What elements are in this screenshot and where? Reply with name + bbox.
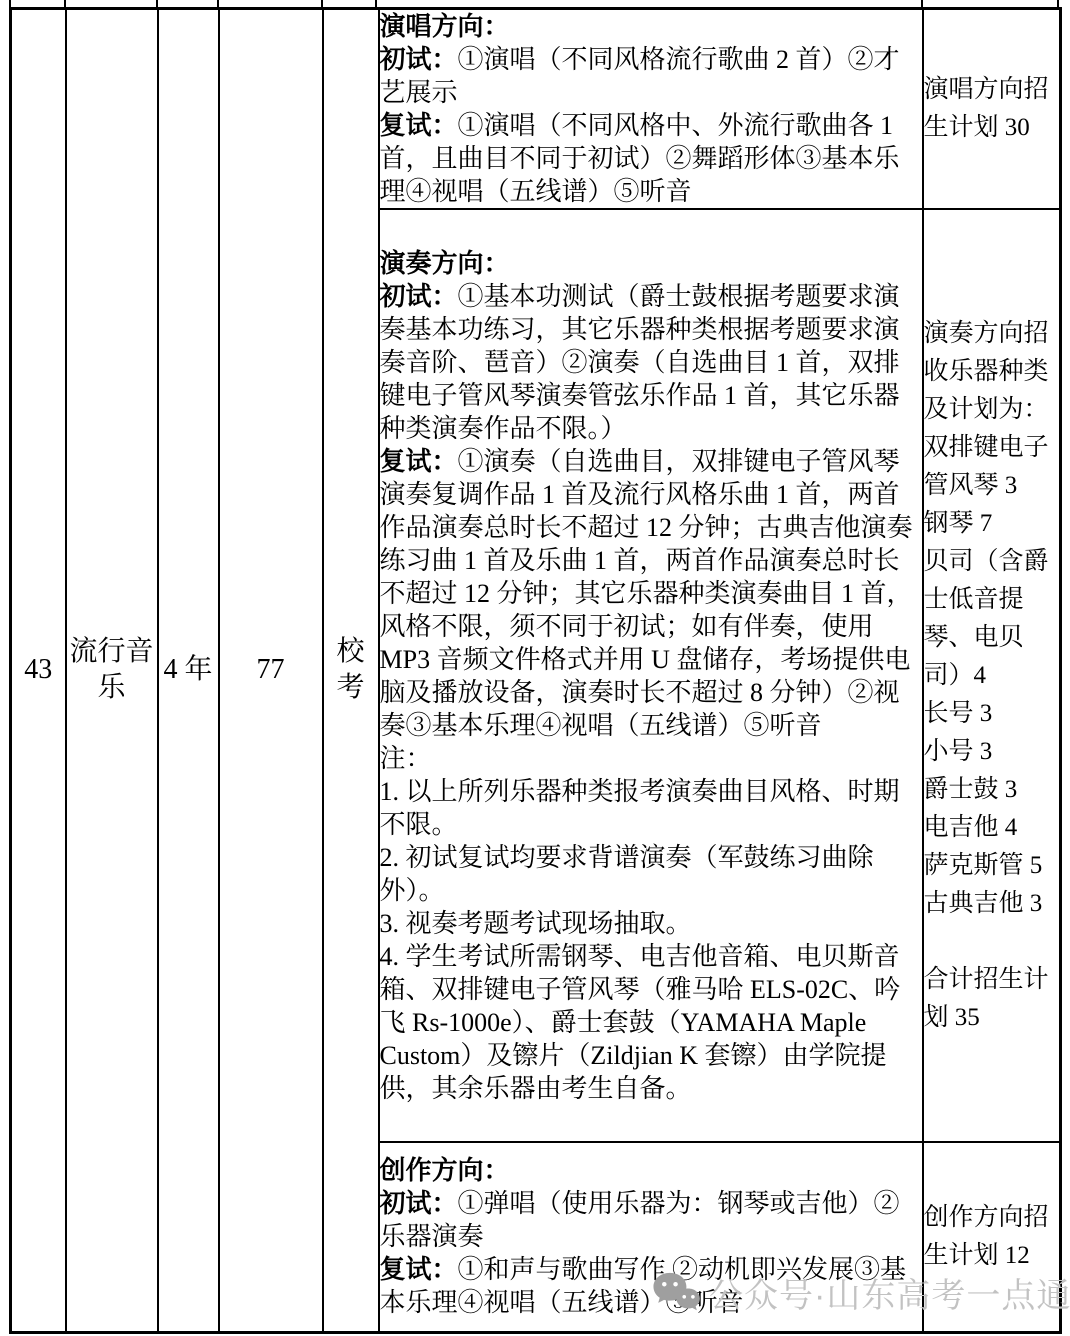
admissions-table: 43 流行音乐 4 年 77 校考 演唱方向：初试：①演唱（不同风格流行歌曲 2… xyxy=(9,7,1062,1334)
cell-composition-direction-plan: 创作方向招生计划 12 xyxy=(923,1142,1061,1332)
cell-performance-direction-exam: 演奏方向：初试：①基本功测试（爵士鼓根据考题要求演奏基本功练习，其它乐器种类根据… xyxy=(379,209,923,1142)
cell-composition-direction-exam: 创作方向：初试：①弹唱（使用乐器为：钢琴或吉他）②乐器演奏复试：①和声与歌曲写作… xyxy=(379,1142,923,1332)
cell-performance-direction-plan: 演奏方向招收乐器种类及计划为：双排键电子管风琴 3钢琴 7贝司（含爵士低音提琴、… xyxy=(923,209,1061,1142)
document-page: 43 流行音乐 4 年 77 校考 演唱方向：初试：①演唱（不同风格流行歌曲 2… xyxy=(0,0,1070,1336)
cell-vocal-direction-exam: 演唱方向：初试：①演唱（不同风格流行歌曲 2 首）②才艺展示复试：①演唱（不同风… xyxy=(379,9,923,210)
cell-vocal-direction-plan: 演唱方向招生计划 30 xyxy=(923,9,1061,210)
cell-major-name: 流行音乐 xyxy=(66,9,158,1333)
cell-row-number: 43 xyxy=(11,9,66,1333)
cell-exam-type: 校考 xyxy=(323,9,379,1333)
cell-duration: 4 年 xyxy=(158,9,219,1333)
cell-plan-total: 77 xyxy=(219,9,323,1333)
